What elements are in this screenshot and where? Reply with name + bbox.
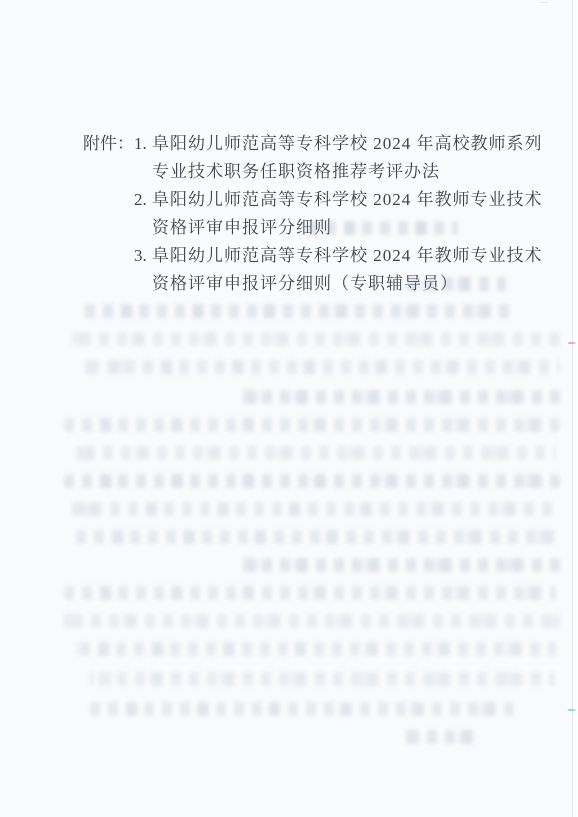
attachment-label: 附件： (83, 130, 134, 158)
bleed-through-line (76, 642, 556, 656)
attachment-item-3-line-1: 阜阳幼儿师范高等专科学校 2024 年教师专业技术 (152, 242, 543, 270)
bleed-through-line (400, 730, 475, 744)
bleed-through-line (85, 360, 560, 374)
attachment-item-1-line-2: 专业技术职务任职资格推荐考评办法 (152, 158, 543, 186)
bleed-through-line (76, 530, 558, 544)
bleed-through-line (76, 446, 556, 460)
bleed-through-line (235, 390, 560, 404)
page-edge-line (572, 0, 578, 817)
attachment-item-1-number: 1. (134, 130, 152, 186)
edge-tick-pink (568, 342, 575, 344)
scanned-document-page: 附件： 1. 阜阳幼儿师范高等专科学校 2024 年高校教师系列 专业技术职务任… (0, 0, 578, 817)
bleed-through-line (64, 586, 556, 600)
attachment-item-1-line-1: 阜阳幼儿师范高等专科学校 2024 年高校教师系列 (152, 130, 543, 158)
attachment-items: 1. 阜阳幼儿师范高等专科学校 2024 年高校教师系列 专业技术职务任职资格推… (134, 130, 543, 298)
bleed-through-line (64, 614, 560, 628)
attachment-item-1: 1. 阜阳幼儿师范高等专科学校 2024 年高校教师系列 专业技术职务任职资格推… (134, 130, 543, 186)
attachment-item-2-line-1: 阜阳幼儿师范高等专科学校 2024 年教师专业技术 (152, 186, 543, 214)
bleed-through-line (85, 304, 515, 318)
attachment-list: 附件： 1. 阜阳幼儿师范高等专科学校 2024 年高校教师系列 专业技术职务任… (83, 130, 543, 298)
bleed-through-line (64, 474, 560, 488)
bleed-through-line (90, 702, 520, 716)
attachment-item-1-text: 阜阳幼儿师范高等专科学校 2024 年高校教师系列 专业技术职务任职资格推荐考评… (152, 130, 543, 186)
bleed-through-line (235, 558, 560, 572)
attachment-item-2-number: 2. (134, 186, 152, 242)
bleed-through-line (398, 277, 506, 291)
bleed-through-line (72, 332, 560, 346)
bleed-through-line (90, 672, 555, 686)
corner-scan-mark (540, 2, 548, 3)
edge-tick-cyan (568, 709, 575, 711)
bleed-through-line (308, 221, 458, 235)
attachment-item-3-number: 3. (134, 242, 152, 298)
bleed-through-line (70, 502, 558, 516)
bleed-through-line (64, 418, 560, 432)
